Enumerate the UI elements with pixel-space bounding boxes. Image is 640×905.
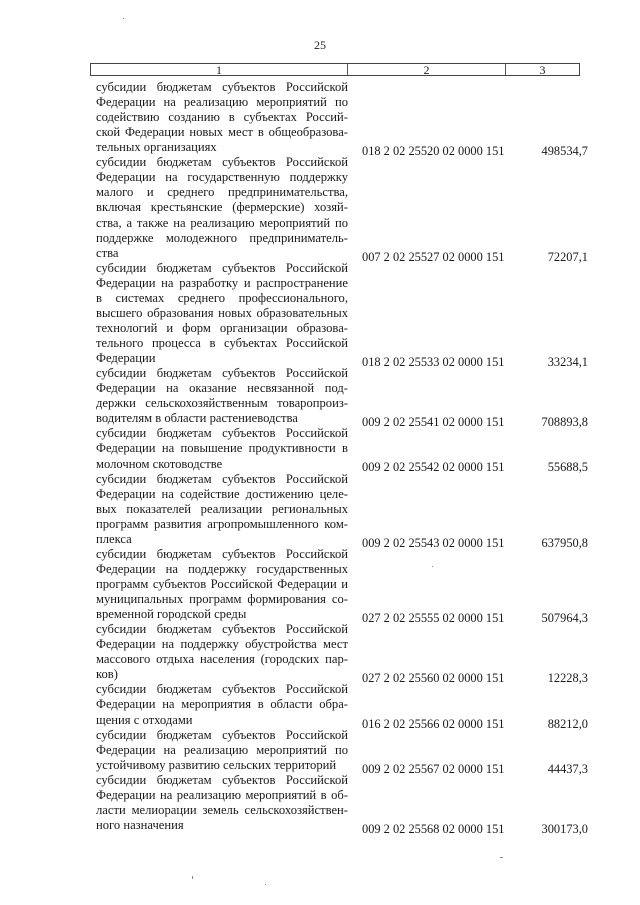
description-line: поддержке молодежного предприниматель- bbox=[96, 231, 348, 246]
page-number: 25 bbox=[0, 38, 640, 53]
description-line: Федерации bbox=[96, 351, 348, 366]
amount-value: 55688,5 bbox=[548, 460, 588, 475]
description-line: ков) bbox=[96, 667, 348, 682]
description-line: массового отдыха населения (городских па… bbox=[96, 652, 348, 667]
description-line: ласти мелиорации земель сельскохозяйстве… bbox=[96, 803, 348, 818]
description-line: Федерации на реализацию мероприятий по bbox=[96, 95, 348, 110]
row-description: субсидии бюджетам субъектов РоссийскойФе… bbox=[96, 682, 348, 727]
scan-speck bbox=[432, 566, 433, 567]
amount-value: 507964,3 bbox=[542, 611, 588, 626]
row-description: субсидии бюджетам субъектов РоссийскойФе… bbox=[96, 261, 348, 366]
description-line: тельного процесса в субъектах Российской bbox=[96, 336, 348, 351]
budget-classification-code: 018 2 02 25533 02 0000 151 bbox=[362, 355, 505, 370]
description-line: ства, а также на реализацию мероприятий … bbox=[96, 216, 348, 231]
description-line: субсидии бюджетам субъектов Российской bbox=[96, 622, 348, 637]
description-line: субсидии бюджетам субъектов Российской bbox=[96, 547, 348, 562]
description-line: Федерации на оказание несвязанной под- bbox=[96, 381, 348, 396]
column-header-2: 2 bbox=[348, 64, 506, 75]
description-line: субсидии бюджетам субъектов Российской bbox=[96, 728, 348, 743]
amount-value: 498534,7 bbox=[542, 144, 588, 159]
row-description: субсидии бюджетам субъектов РоссийскойФе… bbox=[96, 426, 348, 471]
budget-classification-code: 027 2 02 25555 02 0000 151 bbox=[362, 611, 505, 626]
description-line: субсидии бюджетам субъектов Российской bbox=[96, 773, 348, 788]
amount-value: 72207,1 bbox=[548, 250, 588, 265]
description-line: ного назначения bbox=[96, 818, 348, 833]
scan-speck bbox=[500, 857, 503, 858]
scan-speck bbox=[192, 876, 193, 879]
description-line: субсидии бюджетам субъектов Российской bbox=[96, 155, 348, 170]
amount-value: 708893,8 bbox=[542, 415, 588, 430]
row-description: субсидии бюджетам субъектов РоссийскойФе… bbox=[96, 155, 348, 260]
description-line: субсидии бюджетам субъектов Российской bbox=[96, 426, 348, 441]
description-line: содействию созданию в субъектах Россий- bbox=[96, 110, 348, 125]
description-line: Федерации на поддержку государственных bbox=[96, 562, 348, 577]
scan-speck bbox=[123, 18, 124, 19]
description-line: в системах среднего профессионального, bbox=[96, 291, 348, 306]
budget-classification-code: 009 2 02 25567 02 0000 151 bbox=[362, 762, 505, 777]
row-description: субсидии бюджетам субъектов РоссийскойФе… bbox=[96, 728, 348, 773]
description-line: субсидии бюджетам субъектов Российской bbox=[96, 80, 348, 95]
description-line: Федерации на разработку и распространени… bbox=[96, 276, 348, 291]
description-line: тельных организациях bbox=[96, 140, 348, 155]
budget-classification-code: 027 2 02 25560 02 0000 151 bbox=[362, 671, 505, 686]
description-line: ства bbox=[96, 246, 348, 261]
row-description: субсидии бюджетам субъектов РоссийскойФе… bbox=[96, 80, 348, 155]
amount-value: 300173,0 bbox=[542, 822, 588, 837]
description-line: программ субъектов Российской Федерации … bbox=[96, 577, 348, 592]
budget-classification-code: 007 2 02 25527 02 0000 151 bbox=[362, 250, 505, 265]
description-line: Федерации на повышение продуктивности в bbox=[96, 441, 348, 456]
row-description: субсидии бюджетам субъектов РоссийскойФе… bbox=[96, 773, 348, 833]
description-line: включая крестьянские (фермерские) хозяй- bbox=[96, 200, 348, 215]
row-description: субсидии бюджетам субъектов РоссийскойФе… bbox=[96, 366, 348, 426]
budget-classification-code: 018 2 02 25520 02 0000 151 bbox=[362, 144, 505, 159]
amount-value: 637950,8 bbox=[542, 536, 588, 551]
description-line: ской Федерации новых мест в общеобразова… bbox=[96, 125, 348, 140]
amount-value: 88212,0 bbox=[548, 717, 588, 732]
amount-value: 33234,1 bbox=[548, 355, 588, 370]
description-line: устойчивому развитию сельских территорий bbox=[96, 758, 348, 773]
scan-speck bbox=[265, 884, 266, 885]
description-line: щения с отходами bbox=[96, 713, 348, 728]
table-header: 1 2 3 bbox=[90, 63, 580, 76]
amount-value: 44437,3 bbox=[548, 762, 588, 777]
description-line: субсидии бюджетам субъектов Российской bbox=[96, 472, 348, 487]
column-header-1: 1 bbox=[91, 64, 348, 75]
amount-value: 12228,3 bbox=[548, 671, 588, 686]
row-description: субсидии бюджетам субъектов РоссийскойФе… bbox=[96, 472, 348, 547]
description-line: временной городской среды bbox=[96, 607, 348, 622]
description-line: вых показателей реализации региональных bbox=[96, 502, 348, 517]
description-line: Федерации на мероприятия в области обра- bbox=[96, 697, 348, 712]
description-line: муниципальных программ формирования со- bbox=[96, 592, 348, 607]
row-description: субсидии бюджетам субъектов РоссийскойФе… bbox=[96, 547, 348, 622]
column-header-3: 3 bbox=[506, 64, 579, 75]
description-line: высшего образования новых образовательны… bbox=[96, 306, 348, 321]
description-line: Федерации на поддержку обустройства мест bbox=[96, 637, 348, 652]
budget-classification-code: 009 2 02 25543 02 0000 151 bbox=[362, 536, 505, 551]
description-line: субсидии бюджетам субъектов Российской bbox=[96, 261, 348, 276]
budget-classification-code: 009 2 02 25542 02 0000 151 bbox=[362, 460, 505, 475]
description-line: Федерации на государственную поддержку bbox=[96, 170, 348, 185]
row-description: субсидии бюджетам субъектов РоссийскойФе… bbox=[96, 622, 348, 682]
description-line: технологий и форм организации образова- bbox=[96, 321, 348, 336]
budget-classification-code: 009 2 02 25541 02 0000 151 bbox=[362, 415, 505, 430]
description-line: молочном скотоводстве bbox=[96, 457, 348, 472]
description-line: субсидии бюджетам субъектов Российской bbox=[96, 366, 348, 381]
description-line: Федерации на содействие достижению целе- bbox=[96, 487, 348, 502]
description-line: держки сельскохозяйственным товаропроиз- bbox=[96, 396, 348, 411]
description-line: субсидии бюджетам субъектов Российской bbox=[96, 682, 348, 697]
description-line: малого и среднего предпринимательства, bbox=[96, 185, 348, 200]
budget-classification-code: 016 2 02 25566 02 0000 151 bbox=[362, 717, 505, 732]
description-line: Федерации на реализацию мероприятий по bbox=[96, 743, 348, 758]
description-line: программ развития агропромышленного ком- bbox=[96, 517, 348, 532]
description-line: Федерации на реализацию мероприятий в об… bbox=[96, 788, 348, 803]
description-line: водителям в области растениеводства bbox=[96, 411, 348, 426]
budget-classification-code: 009 2 02 25568 02 0000 151 bbox=[362, 822, 505, 837]
description-line: плекса bbox=[96, 532, 348, 547]
